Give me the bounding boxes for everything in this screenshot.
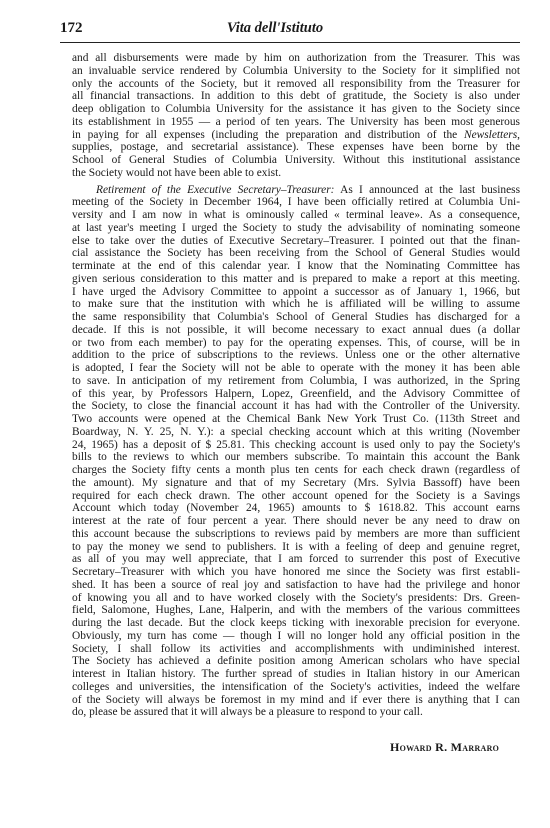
text-line: decade. If this is not possible, it will… xyxy=(72,324,520,337)
article-body: and all disbursements were made by him o… xyxy=(72,52,520,719)
text-line: deep obligation to Columbia University f… xyxy=(72,103,520,116)
text-line: charges the Society fifty cents a month … xyxy=(72,464,520,477)
text-line: only the accounts of the Society, but it… xyxy=(72,78,520,91)
text-line: as all of you may well appreciate, that … xyxy=(72,553,520,566)
text-line: or two from each member) to pay for the … xyxy=(72,337,520,350)
text-line: Secretary–Treasurer with which you have … xyxy=(72,566,520,579)
text-line: of this year, by Professors Halpern, Lop… xyxy=(72,388,520,401)
text-line: 24, 1965) has a deposit of $ 25.81. This… xyxy=(72,439,520,452)
text-line: the same responsibility that Columbia's … xyxy=(72,311,520,324)
text-line: do, please be assured that it will alway… xyxy=(72,706,520,719)
text-line: Boardway, N. Y. 25, N. Y.): a special ch… xyxy=(72,426,520,439)
paragraph-2: Retirement of the Executive Secretary–Tr… xyxy=(72,184,520,720)
text-line: terminate at the end of this calendar ye… xyxy=(72,260,520,273)
text-line: addition to the price of subscriptions t… xyxy=(72,349,520,362)
text-line: bills to the reviews to which our member… xyxy=(72,451,520,464)
newsletters-italic: Newsletters xyxy=(464,129,517,141)
text-line: the Society would not have been able to … xyxy=(72,167,520,180)
paragraph-1: and all disbursements were made by him o… xyxy=(72,52,520,180)
text-line: at last year's meeting I urged the Socie… xyxy=(72,222,520,235)
text-line: the Society, to close the financial acco… xyxy=(72,400,520,413)
text-line: else to take over the duties of Executiv… xyxy=(72,235,520,248)
text-line: Retirement of the Executive Secretary–Tr… xyxy=(72,184,520,197)
text-line: required for each check drawn. The other… xyxy=(72,490,520,503)
text-line: an invaluable service rendered by Columb… xyxy=(72,65,520,78)
text-line: and all disbursements were made by him o… xyxy=(72,52,520,65)
text-line: its establishment in 1955 — a period of … xyxy=(72,116,520,129)
text-line: of the Society will always be foremost i… xyxy=(72,694,520,707)
text-line: Society, I shall follow its activities a… xyxy=(72,643,520,656)
text-line: interest at the rate of four percent a y… xyxy=(72,515,520,528)
text-line: to pay the money we send to publishers. … xyxy=(72,541,520,554)
text-line: in paying for all expenses (including th… xyxy=(72,129,520,142)
header-rule xyxy=(60,42,520,43)
text-line: to save. In anticipation of my retiremen… xyxy=(72,375,520,388)
text-line: versity and I am now in what is ominousl… xyxy=(72,209,520,222)
text-run: , xyxy=(517,129,520,141)
text-line: Obviously, my turn has come — though I w… xyxy=(72,630,520,643)
text-line: field, Salomone, Hughes, Lane, Halperin,… xyxy=(72,604,520,617)
text-line: given serious consideration to this matt… xyxy=(72,273,520,286)
text-line: supplies, postage, and secretarial assis… xyxy=(72,141,520,154)
text-line: interest in Italian history. The further… xyxy=(72,668,520,681)
text-line: this account because the subscriptions t… xyxy=(72,528,520,541)
text-line: during the last decade. But the clock ke… xyxy=(72,617,520,630)
text-line: meeting of the Society in December 1964,… xyxy=(72,196,520,209)
running-head-title: Vita dell'Istituto xyxy=(0,20,550,37)
text-line: Account which today (November 24, 1965) … xyxy=(72,502,520,515)
text-line: The Society has achieved a definite posi… xyxy=(72,655,520,668)
text-line: colleges and universities, the intensifi… xyxy=(72,681,520,694)
text-line: the amount). My signature and that of my… xyxy=(72,477,520,490)
text-run: in paying for all expenses (including th… xyxy=(72,129,464,141)
text-line: I have urged the Advisory Committee to a… xyxy=(72,286,520,299)
text-line: to make sure that the institution with w… xyxy=(72,298,520,311)
text-run: As I announced at the last business xyxy=(340,184,520,196)
text-line: shed. It has been a source of real joy a… xyxy=(72,579,520,592)
text-line: cial assistance the Society has been rec… xyxy=(72,247,520,260)
text-line: School of General Studies of Columbia Un… xyxy=(72,154,520,167)
text-line: Two accounts were opened at the Chemical… xyxy=(72,413,520,426)
section-heading: Retirement of the Executive Secretary–Tr… xyxy=(96,184,334,196)
text-line: is adopted, I fear the Society will not … xyxy=(72,362,520,375)
text-line: of knowing you all and to have worked cl… xyxy=(72,592,520,605)
text-line: all financial transactions. In addition … xyxy=(72,90,520,103)
author-signature: Howard R. Marraro xyxy=(390,740,499,755)
